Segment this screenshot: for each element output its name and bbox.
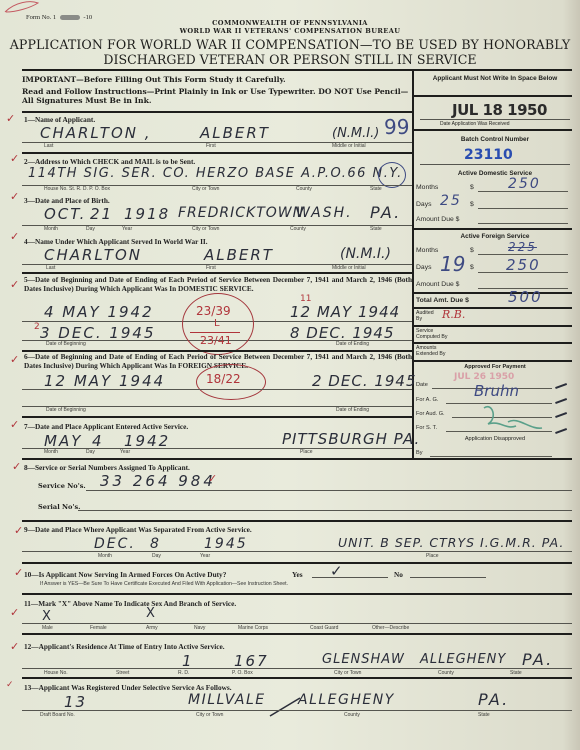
sublabel-county: County — [296, 186, 312, 192]
field-line — [22, 710, 572, 711]
sublabel-middle: Middle or Initial — [332, 143, 366, 149]
option-coast-guard[interactable]: Coast Guard — [310, 625, 338, 631]
divider — [414, 325, 572, 327]
sublabel-year: Year — [120, 449, 130, 455]
option-army[interactable]: Army — [146, 625, 158, 631]
option-male[interactable]: Male — [42, 625, 53, 631]
foreign-service-heading: Active Foreign Service — [420, 233, 570, 240]
draft-city: MILLVALE — [188, 692, 266, 708]
domestic-end-1: 12 MAY 1944 — [290, 303, 400, 321]
for-st-label: For S. T. — [416, 425, 437, 431]
divider — [22, 520, 572, 522]
agency-line-1: COMMONWEALTH OF PENNSYLVANIA — [0, 19, 580, 27]
agency-line-2: WORLD WAR II VETERANS' COMPENSATION BURE… — [0, 27, 580, 35]
divider — [22, 416, 412, 418]
service-computed-label: Service Computed By — [416, 329, 456, 340]
separation-day: 8 — [150, 536, 161, 552]
domestic-amount-due-label: Amount Due $ — [416, 216, 459, 223]
sublabel-last: Last — [46, 265, 55, 271]
currency-sign: $ — [470, 201, 474, 208]
sublabel-year: Year — [200, 553, 210, 559]
sublabel-city: City or Town — [192, 186, 219, 192]
sublabel-date-ending: Date of Ending — [336, 407, 369, 413]
sublabel-county: County — [438, 670, 454, 676]
sublabel-house: House No. — [44, 670, 68, 676]
divider — [414, 228, 572, 230]
separation-place: UNIT. B SEP. CTRYS I.G.M.R. PA. — [338, 535, 564, 550]
divider — [414, 342, 572, 344]
field-line — [430, 456, 552, 457]
section-5-label: 5—Date of Beginning and Date of Ending o… — [24, 276, 412, 293]
section-8-label: 8—Service or Serial Numbers Assigned To … — [24, 463, 190, 472]
divider — [414, 95, 572, 97]
important-notice: IMPORTANT—Before Filling Out This Form S… — [22, 75, 286, 84]
no-field[interactable] — [410, 577, 486, 578]
divider — [22, 633, 572, 635]
foreign-end: 2 DEC. 1945 — [312, 372, 417, 390]
service-number-value: 33 264 984 — [100, 472, 216, 490]
foreign-begin: 12 MAY 1944 — [44, 372, 165, 390]
birth-month: OCT. — [44, 205, 86, 223]
check-mark-icon: ✓ — [6, 680, 14, 690]
applicant-middle-name: (N.M.I.) — [332, 126, 379, 141]
section-2-label: 2—Address to Which CHECK and MAIL is to … — [24, 157, 195, 166]
check-mark-icon: ✓ — [14, 524, 23, 537]
check-mark-icon: ✓ — [6, 112, 15, 125]
sublabel-city: City or Town — [196, 712, 223, 718]
divider — [22, 111, 412, 113]
applicant-last-name: CHARLTON , — [40, 124, 152, 142]
divider — [22, 593, 572, 595]
approved-heading: Approved For Payment — [420, 364, 570, 370]
for-aud-label: For Aud. G. — [416, 411, 445, 417]
batch-control-number: 23110 — [464, 147, 513, 163]
green-signature — [478, 400, 548, 440]
field-line — [478, 272, 568, 273]
mailing-address: 114TH SIG. SER. CO. HERZO BASE A.P.O.66 … — [28, 166, 403, 181]
sublabel-month: Month — [44, 226, 58, 232]
check-mark-icon: ✓ — [10, 190, 19, 203]
form-title-line-1: APPLICATION FOR WORLD WAR II COMPENSATIO… — [0, 37, 580, 52]
birth-day: 21 — [90, 205, 113, 223]
yes-check-mark: ✓ — [330, 562, 345, 580]
pen-dash — [555, 383, 567, 389]
sublabel-first: First — [206, 265, 216, 271]
divider — [22, 152, 412, 154]
sublabel-place: Place — [426, 553, 439, 559]
domestic-service-heading: Active Domestic Service — [420, 170, 570, 177]
residence-county: ALLEGHENY — [420, 652, 506, 667]
birth-county: WASH. — [296, 205, 353, 221]
currency-sign: $ — [470, 184, 474, 191]
field-line — [420, 164, 570, 165]
instructions-text: Read and Follow Instructions—Print Plain… — [22, 87, 412, 105]
computation-top: 23/39 — [196, 304, 231, 318]
army-x-mark: X — [146, 606, 155, 621]
check-mark-icon: ✓ — [10, 640, 19, 653]
sublabel-date-ending: Date of Ending — [336, 341, 369, 347]
divider — [22, 458, 572, 460]
sublabel-city: City or Town — [192, 226, 219, 232]
sublabel-state: State — [478, 712, 490, 718]
domestic-months-label: Months — [416, 184, 438, 191]
option-other[interactable]: Other—Describe — [372, 625, 409, 631]
auditor-initials: R.B. — [442, 308, 465, 321]
service-first-name: ALBERT — [204, 246, 274, 264]
residence-city: GLENSHAW — [322, 652, 405, 667]
check-mark-icon: ✓ — [10, 230, 19, 243]
sublabel-year: Year — [122, 226, 132, 232]
birth-state: PA. — [370, 203, 401, 222]
field-line — [22, 448, 412, 449]
sublabel-county: County — [290, 226, 306, 232]
check-mark-icon: ✓ — [12, 460, 21, 473]
separation-month: DEC. — [94, 536, 136, 552]
check-mark-icon: ✓ — [14, 566, 23, 579]
sublabel-state: State — [370, 186, 382, 192]
no-label: No — [394, 570, 403, 579]
sublabel-day: Day — [152, 553, 161, 559]
option-navy[interactable]: Navy — [194, 625, 205, 631]
section-1-label: 1—Name of Applicant. — [24, 115, 95, 124]
field-line — [22, 623, 572, 624]
check-mark-icon: ✓ — [208, 472, 217, 485]
foreign-days-value: 19 — [440, 252, 465, 276]
foreign-computation: 18/22 — [206, 372, 241, 386]
section-12-label: 12—Applicant's Residence At Time of Entr… — [24, 642, 225, 651]
yes-field[interactable] — [312, 577, 388, 578]
male-x-mark: X — [42, 609, 51, 624]
header-divider — [22, 69, 572, 71]
service-numbers-label: Service No's. — [38, 482, 86, 490]
section-11-label: 11—Mark "X" Above Name To Indicate Sex A… — [24, 599, 236, 608]
currency-sign: $ — [470, 247, 474, 254]
field-line — [420, 119, 570, 120]
field-line — [478, 208, 568, 209]
section-3-label: 3—Date and Place of Birth. — [24, 196, 110, 205]
sublabel-po-box: P. O. Box — [232, 670, 253, 676]
divider — [414, 292, 572, 294]
form-title-line-2: DISCHARGED VETERAN OR PERSON STILL IN SE… — [0, 52, 580, 67]
sublabel-rd: R. D. — [178, 670, 189, 676]
amounts-extended-label: Amounts Extended By — [416, 346, 456, 357]
field-line — [78, 510, 572, 511]
check-mark-icon: ✓ — [10, 278, 19, 291]
sublabel-date-beginning: Date of Beginning — [46, 341, 86, 347]
ag-signature: Bruhn — [474, 382, 519, 400]
pen-dash — [555, 428, 567, 434]
sublabel-county: County — [344, 712, 360, 718]
for-ag-label: For A. G. — [416, 397, 438, 403]
sublabel-middle: Middle or Initial — [332, 265, 366, 271]
section-9-label: 9—Date and Place Where Applicant Was Sep… — [24, 525, 252, 534]
approved-date-stamp: JUL 26 1950 — [454, 372, 514, 382]
total-amount-label: Total Amt. Due $ — [416, 297, 469, 304]
serial-numbers-label: Serial No's. — [38, 503, 80, 511]
sublabel-last: Last — [44, 143, 53, 149]
domestic-months-amount: 250 — [508, 176, 541, 192]
application-form: Form No. 1 -10 COMMONWEALTH OF PENNSYLVA… — [0, 0, 580, 750]
field-line — [478, 223, 568, 224]
date-received-stamp: JUL 18 1950 — [452, 101, 547, 119]
sublabel-first: First — [206, 143, 216, 149]
disapproved-by-label: By — [416, 450, 423, 456]
field-line — [478, 254, 568, 255]
section-7-label: 7—Date and Place Applicant Entered Activ… — [24, 422, 188, 431]
yes-label: Yes — [292, 570, 303, 579]
computation-underline — [190, 332, 240, 333]
sublabel-date-beginning: Date of Beginning — [46, 407, 86, 413]
audited-by-label: Audited By — [416, 311, 436, 322]
foreign-months-amount-struck: 225 — [508, 240, 537, 254]
sublabel-place: Place — [300, 449, 313, 455]
batch-control-label: Batch Control Number — [420, 136, 570, 143]
currency-sign: $ — [470, 264, 474, 271]
check-mark-icon: ✓ — [10, 606, 19, 619]
check-mark-icon: ✓ — [10, 353, 19, 366]
field-line — [86, 490, 572, 491]
red-scribble-mark — [0, 0, 60, 14]
domestic-begin-1: 4 MAY 1942 — [44, 303, 154, 321]
domestic-days-label: Days — [416, 201, 432, 208]
option-female[interactable]: Female — [90, 625, 107, 631]
foreign-days-label: Days — [416, 264, 432, 271]
sublabel-state: State — [510, 670, 522, 676]
approved-date-label: Date — [416, 382, 428, 388]
residence-state: PA. — [522, 650, 553, 669]
field-line — [478, 191, 568, 192]
foreign-months-label: Months — [416, 247, 438, 254]
option-marine-corps[interactable]: Marine Corps — [238, 625, 268, 631]
section-10-note: If Answer is YES—Be Sure To Have Certifi… — [40, 581, 288, 587]
office-use-heading: Applicant Must Not Write In Space Below — [420, 75, 570, 83]
margin-note: 99 — [384, 115, 409, 139]
check-mark-icon: ✓ — [10, 418, 19, 431]
sublabel-city: City or Town — [334, 670, 361, 676]
divider — [414, 360, 572, 362]
sublabel-house: House No. St. R. D. P. O. Box — [44, 186, 110, 192]
divider — [414, 307, 572, 309]
section-10-label: 10—Is Applicant Now Serving In Armed For… — [24, 570, 226, 579]
draft-state: PA. — [478, 690, 509, 709]
divider — [22, 562, 572, 564]
field-line — [22, 551, 572, 552]
field-line — [22, 668, 572, 669]
entry-place: PITTSBURGH PA. — [282, 430, 420, 448]
pen-dash — [555, 398, 567, 404]
sublabel-day: Day — [86, 226, 95, 232]
section-4-label: 4—Name Under Which Applicant Served In W… — [24, 237, 208, 246]
field-line — [22, 389, 412, 390]
total-amount-value: 500 — [508, 288, 543, 306]
birth-city: FREDRICKTOWN — [178, 205, 304, 221]
sublabel-day: Day — [86, 449, 95, 455]
date-received-label: Date Application Was Received — [440, 121, 510, 127]
service-middle-name: (N.M.I.) — [340, 246, 391, 262]
check-mark-icon: ✓ — [10, 152, 19, 165]
draft-board-number: 13 — [64, 693, 87, 711]
sublabel-month: Month — [98, 553, 112, 559]
divider — [414, 129, 572, 131]
divider — [22, 272, 412, 274]
disapproved-heading: Application Disapproved — [420, 436, 570, 442]
begin-date-correction: 2 — [34, 322, 40, 332]
draft-county: ALLEGHENY — [298, 692, 395, 708]
sublabel-state: State — [370, 226, 382, 232]
domestic-days-value: 25 — [440, 193, 462, 209]
divider — [22, 677, 572, 679]
separation-year: 1945 — [204, 536, 248, 552]
sublabel-month: Month — [44, 449, 58, 455]
service-last-name: CHARLTON — [44, 246, 142, 264]
computation-mid: L — [214, 318, 220, 329]
foreign-amount-due-label: Amount Due $ — [416, 281, 459, 288]
applicant-first-name: ALBERT — [200, 124, 270, 142]
sublabel-street: Street — [116, 670, 129, 676]
field-line — [446, 431, 552, 432]
section-13-label: 13—Applicant Was Registered Under Select… — [24, 683, 232, 692]
pen-dash — [555, 412, 567, 418]
sublabel-draft-board: Draft Board No. — [40, 712, 75, 718]
computation-bottom: 23/41 — [200, 334, 232, 347]
birth-year: 1918 — [124, 205, 170, 223]
